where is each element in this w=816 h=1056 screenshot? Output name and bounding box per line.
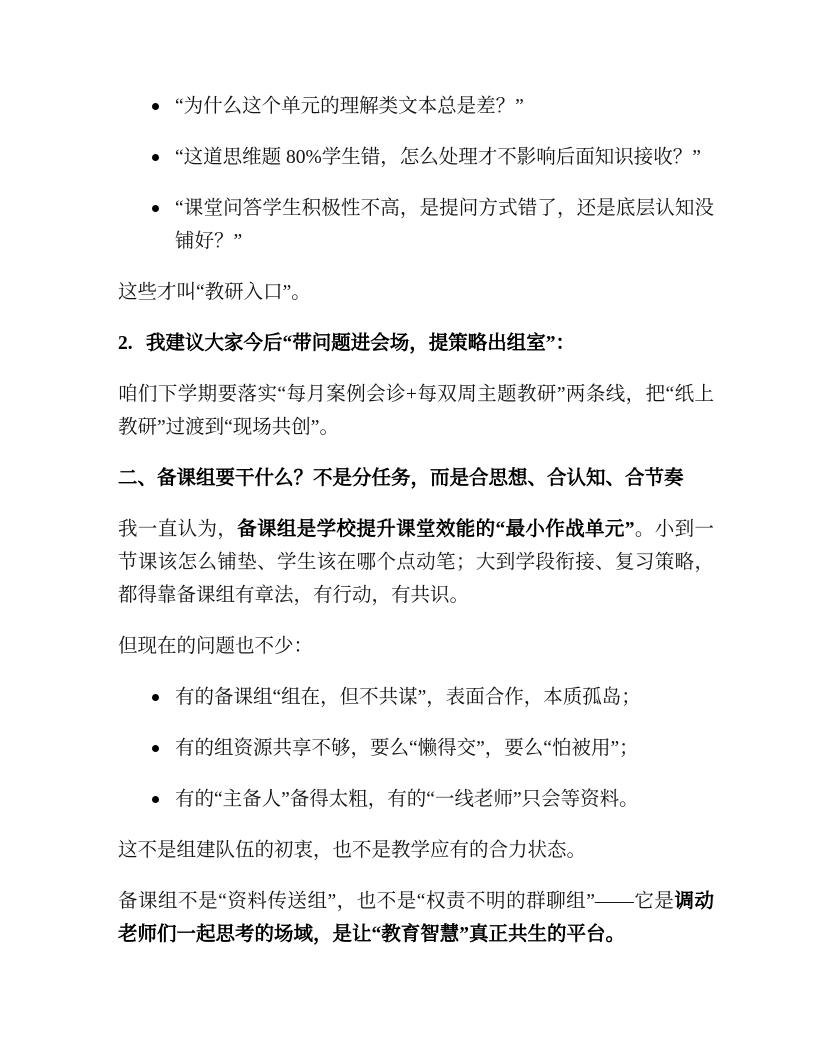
- bullet-icon: [152, 694, 159, 701]
- bullet-icon: [152, 205, 159, 212]
- problem-list: 有的备课组“组在，但不共谋”，表面合作，本质孤岛； 有的组资源共享不够，要么“懒…: [118, 681, 714, 816]
- belief-text-bold: 备课组是学校提升课堂效能的“最小作战单元”: [237, 519, 634, 540]
- conclusion-text-normal: 备课组不是“资料传送组”，也不是“权责不明的群聊组”——它是: [118, 891, 674, 912]
- heading-text: 我建议大家今后“带问题进会场，提策略出组室”：: [146, 333, 575, 354]
- heading-number: 2.: [118, 327, 146, 360]
- list-item-text: “这道思维题 80%学生错，怎么处理才不影响后面知识接收？”: [175, 147, 701, 168]
- list-item: 有的组资源共享不够，要么“懒得交”，要么“怕被用”；: [118, 732, 714, 765]
- paragraph-entry-point: 这些才叫“教研入口”。: [118, 276, 714, 309]
- list-item-text: 有的备课组“组在，但不共谋”，表面合作，本质孤岛；: [175, 687, 641, 708]
- paragraph-conclusion-2: 备课组不是“资料传送组”，也不是“权责不明的群聊组”——它是调动老师们一起思考的…: [118, 885, 714, 951]
- list-item: 有的“主备人”备得太粗，有的“一线老师”只会等资料。: [118, 783, 714, 816]
- list-item: 有的备课组“组在，但不共谋”，表面合作，本质孤岛；: [118, 681, 714, 714]
- paragraph-belief: 我一直认为，备课组是学校提升课堂效能的“最小作战单元”。小到一节课该怎么铺垫、学…: [118, 513, 714, 612]
- list-item-text: “课堂问答学生积极性不高，是提问方式错了，还是底层认知没铺好？”: [175, 198, 714, 252]
- belief-text-normal: 我一直认为，: [118, 519, 237, 540]
- list-item: “为什么这个单元的理解类文本总是差？”: [118, 90, 714, 123]
- list-item: “课堂问答学生积极性不高，是提问方式错了，还是底层认知没铺好？”: [118, 192, 714, 258]
- numbered-heading: 2.我建议大家今后“带问题进会场，提策略出组室”：: [118, 327, 714, 360]
- list-item-text: “为什么这个单元的理解类文本总是差？”: [175, 96, 524, 117]
- bullet-icon: [152, 745, 159, 752]
- bullet-icon: [152, 103, 159, 110]
- list-item-text: 有的组资源共享不够，要么“懒得交”，要么“怕被用”；: [175, 738, 639, 759]
- section-heading: 二、备课组要干什么？不是分任务，而是合思想、合认知、合节奏: [118, 462, 714, 495]
- paragraph-plan: 咱们下学期要落实“每月案例会诊+每双周主题教研”两条线，把“纸上教研”过渡到“现…: [118, 378, 714, 444]
- paragraph-conclusion-1: 这不是组建队伍的初衷，也不是教学应有的合力状态。: [118, 834, 714, 867]
- document-page: “为什么这个单元的理解类文本总是差？” “这道思维题 80%学生错，怎么处理才不…: [0, 0, 816, 1056]
- list-item-text: 有的“主备人”备得太粗，有的“一线老师”只会等资料。: [175, 789, 639, 810]
- list-item: “这道思维题 80%学生错，怎么处理才不影响后面知识接收？”: [118, 141, 714, 174]
- paragraph-problems-intro: 但现在的问题也不少：: [118, 630, 714, 663]
- bullet-icon: [152, 154, 159, 161]
- bullet-icon: [152, 796, 159, 803]
- question-list: “为什么这个单元的理解类文本总是差？” “这道思维题 80%学生错，怎么处理才不…: [118, 90, 714, 258]
